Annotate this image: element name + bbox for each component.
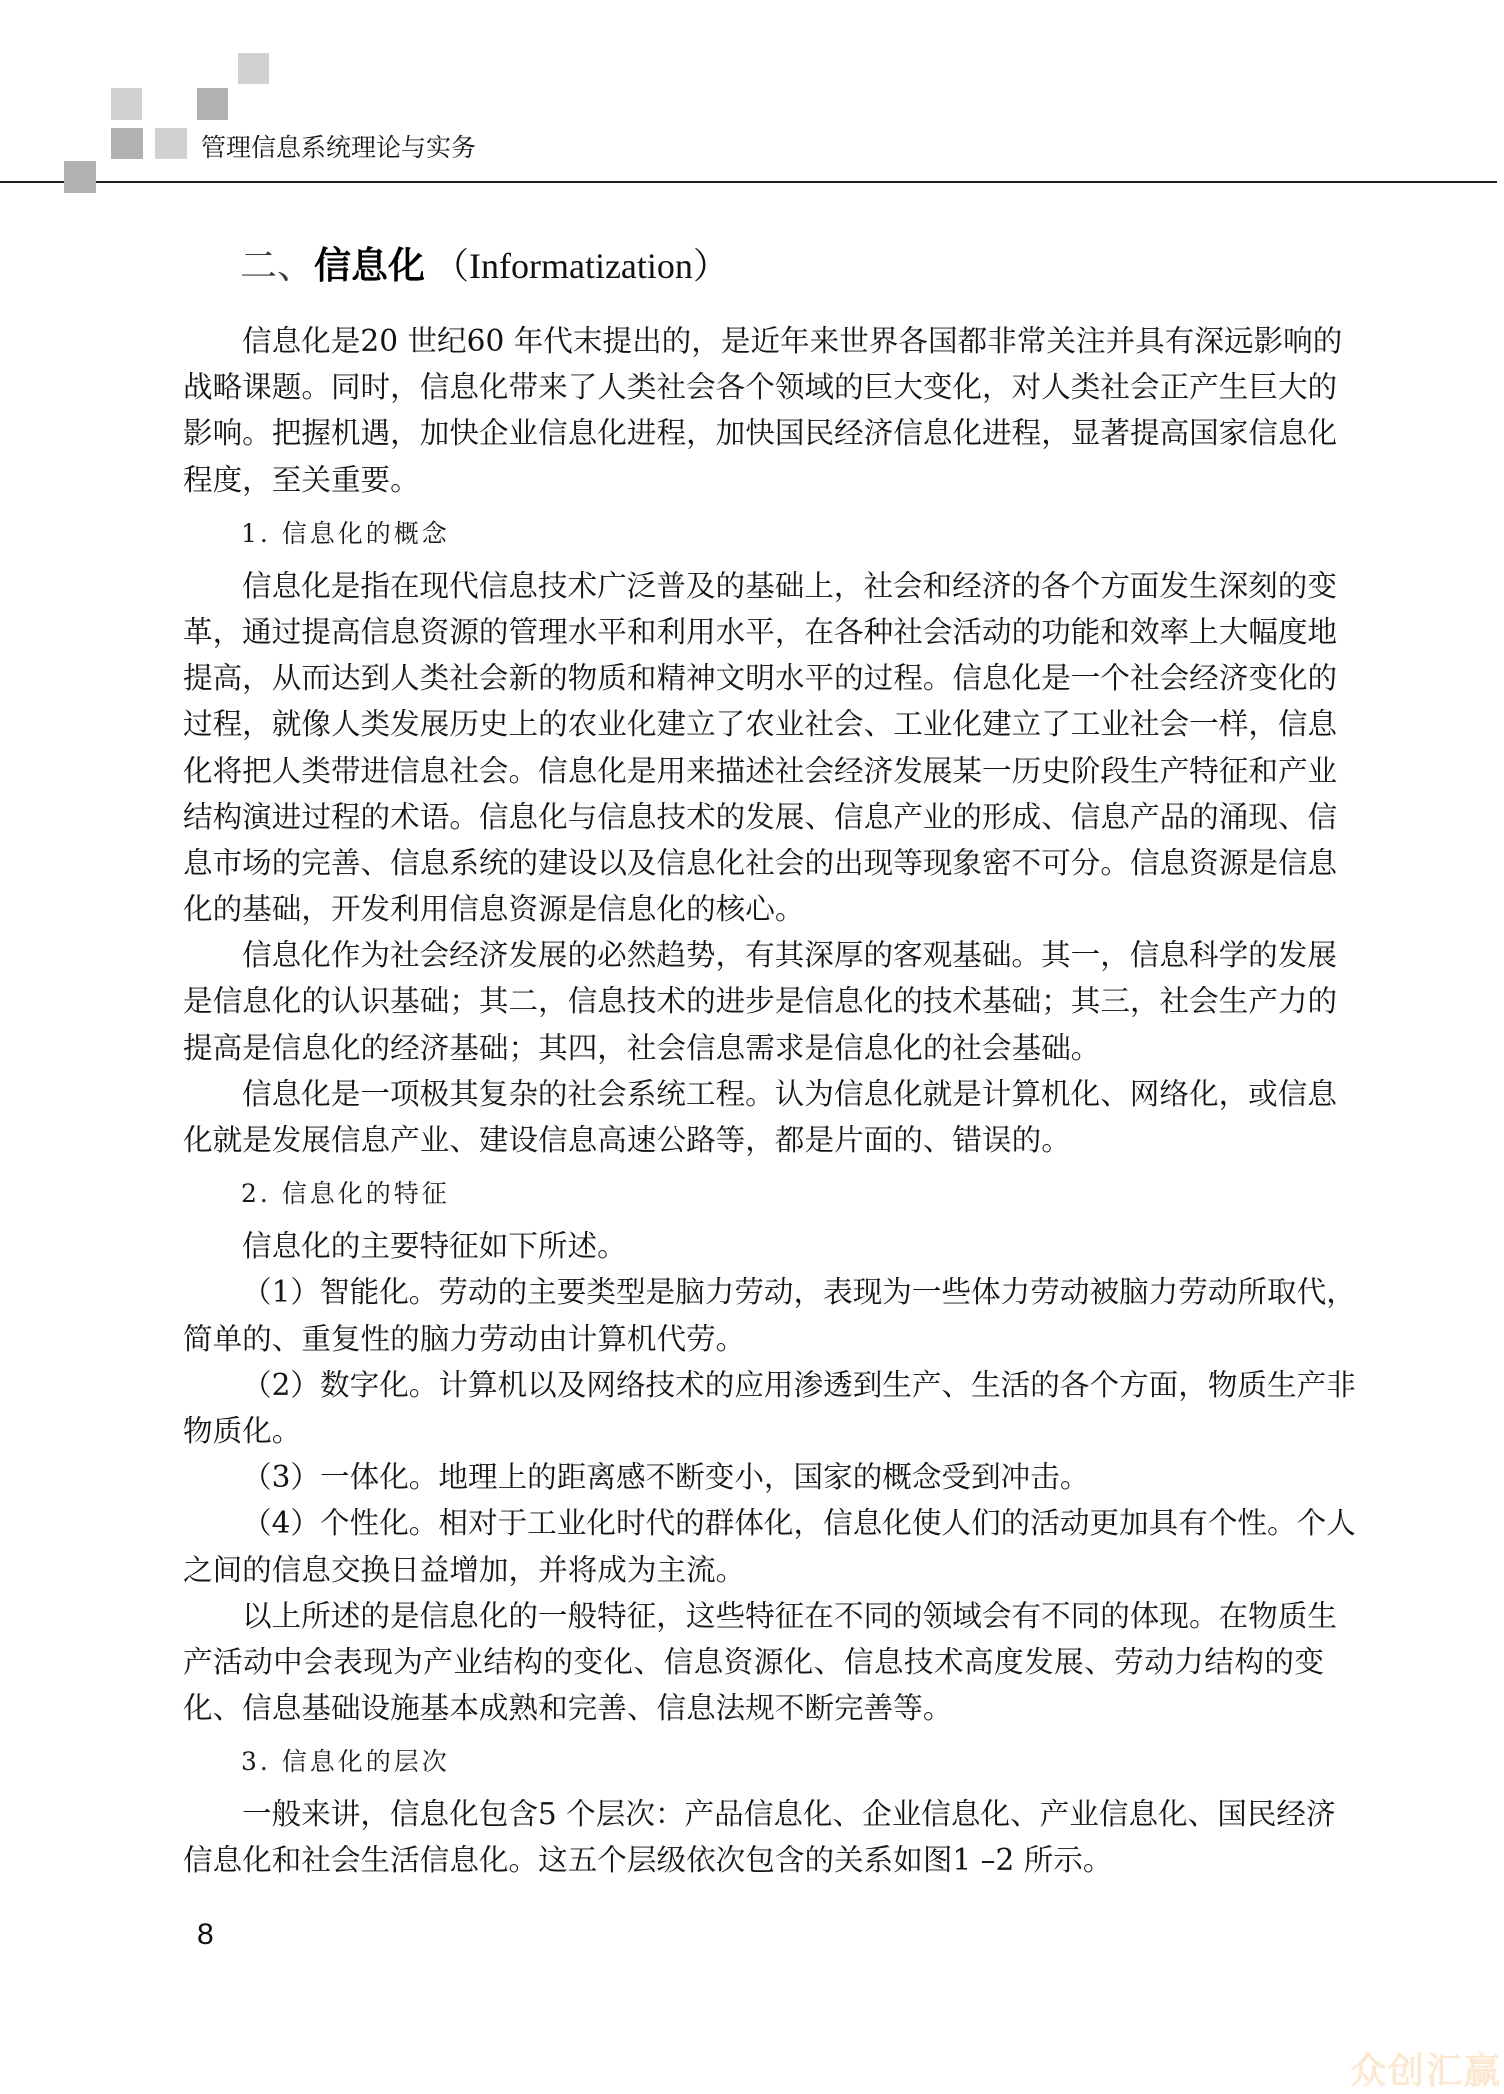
text-line: 化就是发展信息产业、建设信息高速公路等，都是片面的、错误的。 bbox=[183, 1117, 1324, 1163]
text-line: 化将把人类带进信息社会。信息化是用来描述社会经济发展某一历史阶段生产特征和产业 bbox=[183, 748, 1324, 794]
subsection-heading: 1. 信息化的概念 bbox=[183, 505, 1324, 563]
list-item: （3）一体化。地理上的距离感不断变小，国家的概念受到冲击。 bbox=[183, 1454, 1324, 1500]
text-line: 息市场的完善、信息系统的建设以及信息化社会的出现等现象密不可分。信息资源是信息 bbox=[183, 840, 1324, 886]
paragraph: 以上所述的是信息化的一般特征，这些特征在不同的领域会有不同的体现。在物质生 产活… bbox=[183, 1593, 1324, 1732]
text-line: 物质化。 bbox=[183, 1408, 1324, 1454]
section-title-zh: 信息化 bbox=[314, 243, 425, 287]
paragraph: 一般来讲，信息化包含5 个层次：产品信息化、企业信息化、产业信息化、国民经济 信… bbox=[183, 1791, 1324, 1883]
text-line: 革，通过提高信息资源的管理水平和利用水平，在各种社会活动的功能和效率上大幅度地 bbox=[183, 609, 1324, 655]
text-line: 影响。把握机遇，加快企业信息化进程，加快国民经济信息化进程，显著提高国家信息化 bbox=[183, 410, 1324, 456]
header-rule bbox=[0, 181, 1497, 183]
text-line: 信息化的主要特征如下所述。 bbox=[183, 1223, 1324, 1269]
decor-square bbox=[111, 128, 143, 159]
decor-square bbox=[111, 88, 142, 120]
text-line: （3）一体化。地理上的距离感不断变小，国家的概念受到冲击。 bbox=[183, 1454, 1324, 1500]
text-line: （4）个性化。相对于工业化时代的群体化，信息化使人们的活动更加具有个性。个人 bbox=[183, 1500, 1324, 1546]
running-header-title: 管理信息系统理论与实务 bbox=[201, 133, 476, 163]
text-line: 信息化是20 世纪60 年代末提出的，是近年来世界各国都非常关注并具有深远影响的 bbox=[183, 318, 1324, 364]
text-line: 以上所述的是信息化的一般特征，这些特征在不同的领域会有不同的体现。在物质生 bbox=[183, 1593, 1324, 1639]
text-line: （1）智能化。劳动的主要类型是脑力劳动，表现为一些体力劳动被脑力劳动所取代， bbox=[183, 1269, 1324, 1315]
text-line: 之间的信息交换日益增加，并将成为主流。 bbox=[183, 1547, 1324, 1593]
text-line: 信息化和社会生活信息化。这五个层级依次包含的关系如图1 –2 所示。 bbox=[183, 1837, 1324, 1883]
text-line: （2）数字化。计算机以及网络技术的应用渗透到生产、生活的各个方面，物质生产非 bbox=[183, 1362, 1324, 1408]
text-line: 是信息化的认识基础；其二，信息技术的进步是信息化的技术基础；其三，社会生产力的 bbox=[183, 978, 1324, 1024]
list-item: （1）智能化。劳动的主要类型是脑力劳动，表现为一些体力劳动被脑力劳动所取代， 简… bbox=[183, 1269, 1324, 1361]
text-line: 过程，就像人类发展历史上的农业化建立了农业社会、工业化建立了工业社会一样，信息 bbox=[183, 701, 1324, 747]
watermark: 众创汇赢 bbox=[1350, 2052, 1502, 2092]
text-line: 一般来讲，信息化包含5 个层次：产品信息化、企业信息化、产业信息化、国民经济 bbox=[183, 1791, 1324, 1837]
decor-square bbox=[238, 53, 269, 84]
text-line: 战略课题。同时，信息化带来了人类社会各个领域的巨大变化，对人类社会正产生巨大的 bbox=[183, 364, 1324, 410]
subsection-heading: 3. 信息化的层次 bbox=[183, 1733, 1324, 1791]
list-item: （4）个性化。相对于工业化时代的群体化，信息化使人们的活动更加具有个性。个人 之… bbox=[183, 1500, 1324, 1592]
decor-square bbox=[197, 88, 228, 120]
text-line: 提高，从而达到人类社会新的物质和精神文明水平的过程。信息化是一个社会经济变化的 bbox=[183, 655, 1324, 701]
paragraph: 信息化作为社会经济发展的必然趋势，有其深厚的客观基础。其一，信息科学的发展 是信… bbox=[183, 932, 1324, 1071]
page-number: 8 bbox=[197, 1917, 214, 1953]
paragraph: 信息化是指在现代信息技术广泛普及的基础上，社会和经济的各个方面发生深刻的变 革，… bbox=[183, 563, 1324, 933]
decor-square bbox=[155, 128, 187, 159]
subsection-heading: 2. 信息化的特征 bbox=[183, 1165, 1324, 1223]
section-title-en: （Informatization） bbox=[433, 246, 729, 286]
section-number: 二、 bbox=[240, 244, 314, 287]
text-line: 产活动中会表现为产业结构的变化、信息资源化、信息技术高度发展、劳动力结构的变 bbox=[183, 1639, 1324, 1685]
list-item: （2）数字化。计算机以及网络技术的应用渗透到生产、生活的各个方面，物质生产非 物… bbox=[183, 1362, 1324, 1454]
page-body: 信息化是20 世纪60 年代末提出的，是近年来世界各国都非常关注并具有深远影响的… bbox=[183, 318, 1324, 1884]
text-line: 化、信息基础设施基本成熟和完善、信息法规不断完善等。 bbox=[183, 1685, 1324, 1731]
decor-square bbox=[64, 161, 96, 193]
text-line: 信息化是一项极其复杂的社会系统工程。认为信息化就是计算机化、网络化，或信息 bbox=[183, 1071, 1324, 1117]
text-line: 信息化是指在现代信息技术广泛普及的基础上，社会和经济的各个方面发生深刻的变 bbox=[183, 563, 1324, 609]
paragraph: 信息化的主要特征如下所述。 bbox=[183, 1223, 1324, 1269]
section-title: 二、信息化（Informatization） bbox=[240, 242, 729, 289]
text-line: 信息化作为社会经济发展的必然趋势，有其深厚的客观基础。其一，信息科学的发展 bbox=[183, 932, 1324, 978]
text-line: 提高是信息化的经济基础；其四，社会信息需求是信息化的社会基础。 bbox=[183, 1025, 1324, 1071]
text-line: 程度，至关重要。 bbox=[183, 457, 1324, 503]
text-line: 简单的、重复性的脑力劳动由计算机代劳。 bbox=[183, 1316, 1324, 1362]
paragraph: 信息化是20 世纪60 年代末提出的，是近年来世界各国都非常关注并具有深远影响的… bbox=[183, 318, 1324, 503]
text-line: 化的基础，开发利用信息资源是信息化的核心。 bbox=[183, 886, 1324, 932]
paragraph: 信息化是一项极其复杂的社会系统工程。认为信息化就是计算机化、网络化，或信息 化就… bbox=[183, 1071, 1324, 1163]
text-line: 结构演进过程的术语。信息化与信息技术的发展、信息产业的形成、信息产品的涌现、信 bbox=[183, 794, 1324, 840]
